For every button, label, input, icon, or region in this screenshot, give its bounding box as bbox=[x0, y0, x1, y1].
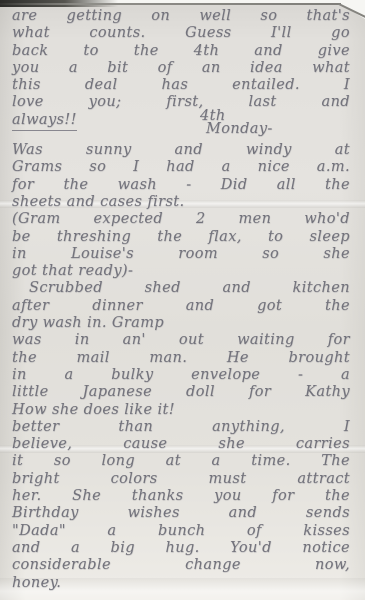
letter-line: her. She thanks you for the bbox=[12, 488, 350, 505]
letter-line: back to the 4th and give bbox=[12, 43, 350, 60]
letter-line: this deal has entailed. I bbox=[12, 77, 350, 94]
letter-line: Grams so I had a nice a.m. bbox=[12, 159, 350, 176]
letter-line: Was sunny and windy at bbox=[12, 142, 350, 159]
letter-line: it so long at a time. The bbox=[12, 453, 350, 470]
handwritten-text: are getting on well so that's what count… bbox=[12, 8, 350, 592]
letter-line: believe, cause she carries bbox=[12, 436, 350, 453]
underlined-word-always: always!! bbox=[12, 112, 77, 131]
letter-line: got that ready)- bbox=[12, 263, 350, 280]
letter-line: be threshing the flax, to sleep bbox=[12, 229, 350, 246]
letter-line: love you; first, last and bbox=[12, 94, 350, 111]
letter-line: for the wash - Did all the bbox=[12, 177, 350, 194]
letter-line: what counts. Guess I'll go bbox=[12, 25, 350, 42]
paper-top-edge bbox=[0, 3, 341, 5]
letter-line: How she does like it! bbox=[12, 402, 350, 419]
letter-line: "Dada" a bunch of kisses bbox=[12, 523, 350, 540]
letter-line: Birthday wishes and sends bbox=[12, 505, 350, 522]
letter-line: better than anything, I bbox=[12, 419, 350, 436]
letter-line: bright colors must attract bbox=[12, 471, 350, 488]
date-weekday: Monday- bbox=[206, 121, 273, 138]
letter-line: Scrubbed shed and kitchen bbox=[12, 280, 350, 297]
letter-line: was in an' out waiting for bbox=[12, 332, 350, 349]
letter-photo: are getting on well so that's what count… bbox=[0, 0, 365, 600]
letter-line: the mail man. He brought bbox=[12, 350, 350, 367]
letter-line: little Japanese doll for Kathy bbox=[12, 384, 350, 401]
letter-line: (Gram expected 2 men who'd bbox=[12, 211, 350, 228]
letter-line: honey. bbox=[12, 575, 350, 592]
letter-line: considerable change now, bbox=[12, 557, 350, 574]
letter-line: after dinner and got the bbox=[12, 298, 350, 315]
letter-line: are getting on well so that's bbox=[12, 8, 350, 25]
letter-line: sheets and cases first. bbox=[12, 194, 350, 211]
letter-line: you a bit of an idea what bbox=[12, 60, 350, 77]
letter-line: in a bulky envelope - a bbox=[12, 367, 350, 384]
date-heading-row: always!! 4th Monday- bbox=[12, 112, 350, 129]
letter-line: in Louise's room so she bbox=[12, 246, 350, 263]
letter-line: and a big hug. You'd notice bbox=[12, 540, 350, 557]
letter-line: dry wash in. Gramp bbox=[12, 315, 350, 332]
